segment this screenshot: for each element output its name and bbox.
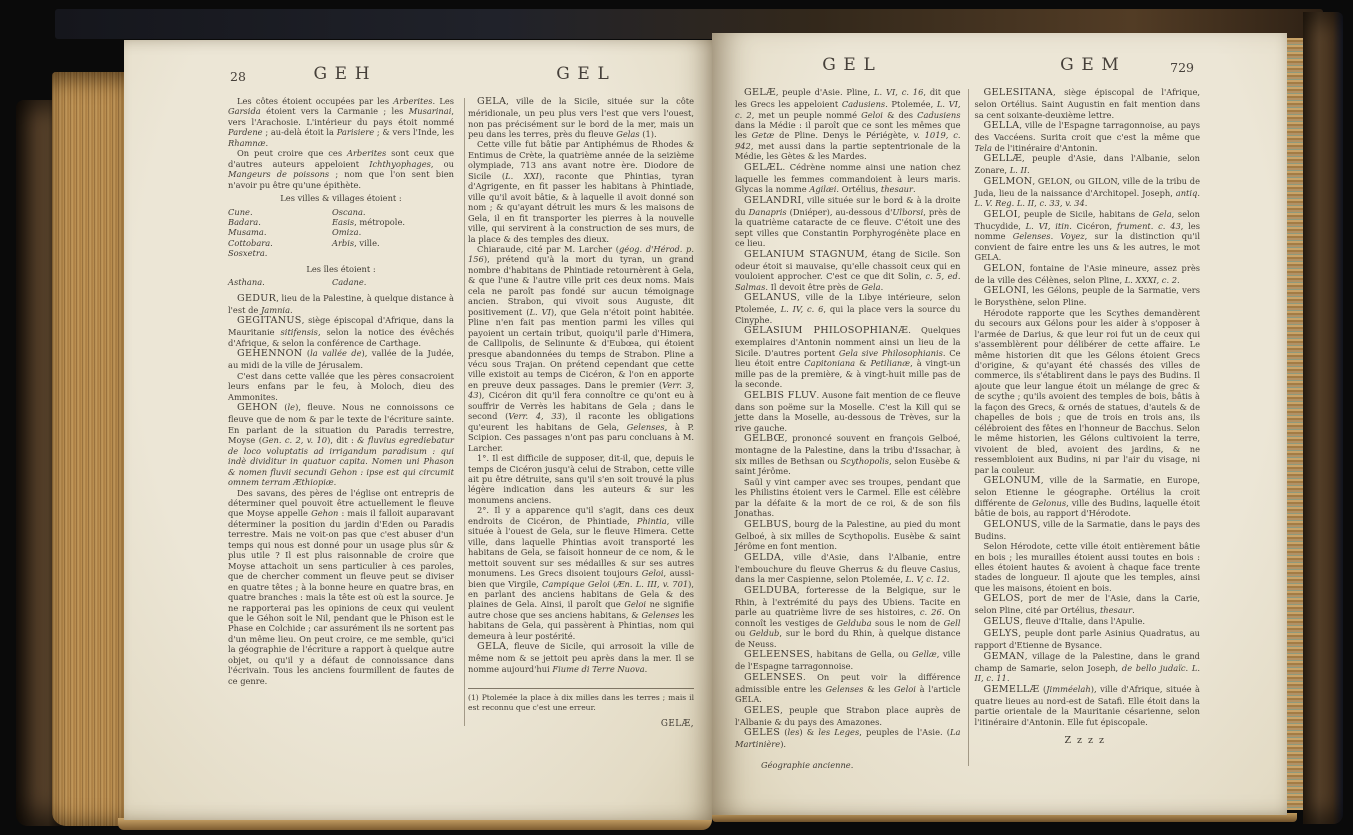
right-page: GEL GEM 729 GELÆ, peuple d'Asie. Pline, … bbox=[712, 33, 1287, 815]
entry-headword: GELUS bbox=[984, 616, 1021, 627]
entry-paragraph: GELLÆ, peuple d'Asie, dans l'Albanie, se… bbox=[975, 153, 1201, 176]
entry-paragraph: GELBŒ, prononcé souvent en françois Gelb… bbox=[735, 433, 961, 476]
entry-headword: GEMELLÆ bbox=[984, 684, 1040, 695]
entry-paragraph: GEMAN, village de la Palestine, dans le … bbox=[975, 651, 1201, 684]
right-leather-cover bbox=[1303, 12, 1343, 824]
entry-paragraph: GEHON (le), fleuve. Nous ne connoissons … bbox=[228, 402, 454, 487]
entry-paragraph: GELÆ, peuple d'Asie. Pline, L. VI, c. 16… bbox=[735, 87, 961, 162]
entry-headword: GELES bbox=[744, 727, 780, 738]
entry-paragraph: GELDUBA, forteresse de la Belgique, sur … bbox=[735, 585, 961, 649]
right-page-header: GEL GEM 729 bbox=[735, 55, 1200, 82]
right-page-column-1: GELÆ, peuple d'Asie. Pline, L. VI, c. 16… bbox=[735, 87, 961, 770]
entry-paragraph: Saül y vint camper avec ses troupes, pen… bbox=[735, 477, 961, 519]
entry-paragraph: On peut croire que ces Arberites sont ce… bbox=[228, 148, 454, 190]
entry-paragraph: GELENSES. On peut voir la différence adm… bbox=[735, 672, 961, 705]
right-page-edges-stack bbox=[1287, 38, 1303, 810]
name-list-row: Cune.Oscana. bbox=[228, 207, 454, 217]
column-rule bbox=[464, 98, 465, 726]
entry-headword: GELEENSES bbox=[744, 649, 810, 660]
entry-paragraph: GELEENSES, habitans de Gella, ou Gellæ, … bbox=[735, 649, 961, 672]
gathering-signature: Zzzz bbox=[975, 735, 1201, 747]
running-head-gem: GEM bbox=[976, 55, 1203, 75]
entry-headword: GELLA bbox=[984, 120, 1020, 131]
catchword: GELÆ, bbox=[468, 719, 694, 730]
entry-paragraph: GELONI, les Gélons, peuple de la Sarmati… bbox=[975, 285, 1201, 308]
entry-paragraph: Selon Hérodote, cette ville étoit entièr… bbox=[975, 541, 1201, 593]
entry-headword: GELONUS bbox=[984, 519, 1038, 530]
entry-headword: GELÆL bbox=[744, 162, 783, 173]
entry-paragraph: GELBIS FLUV. Ausone fait mention de ce f… bbox=[735, 390, 961, 433]
left-page-column-1: Les côtes étoient occupées par les Arber… bbox=[228, 96, 454, 730]
entry-headword: GELA bbox=[477, 96, 506, 107]
entry-paragraph: GELOI, peuple de Sicile, habitans de Gel… bbox=[975, 209, 1201, 263]
entry-headword: GEMAN bbox=[984, 651, 1025, 662]
entry-paragraph: GEMELLÆ (Jimméelah), ville d'Afrique, si… bbox=[975, 684, 1201, 727]
entry-paragraph: GELA, ville de la Sicile, située sur la … bbox=[468, 96, 694, 139]
entry-paragraph: GELONUS, ville de la Sarmatie, dans le p… bbox=[975, 519, 1201, 542]
entry-paragraph: C'est dans cette vallée que les pères co… bbox=[228, 371, 454, 402]
entry-paragraph: Hérodote rapporte que les Scythes demand… bbox=[975, 308, 1201, 475]
left-page-edges-stack bbox=[52, 72, 126, 826]
entry-headword: GELESITANA bbox=[984, 87, 1054, 98]
entry-paragraph: GELMON, GELON, ou GILON, ville de la tri… bbox=[975, 176, 1201, 209]
entry-headword: GELES bbox=[744, 705, 780, 716]
volume-signature: Géographie ancienne. bbox=[735, 760, 961, 770]
section-line: Les îles étoient : bbox=[228, 264, 454, 274]
entry-paragraph: GELESITANA, siège épiscopal de l'Afrique… bbox=[975, 87, 1201, 120]
left-page-header: 28 GEH GEL bbox=[228, 64, 700, 91]
right-page-column-2: GELESITANA, siège épiscopal de l'Afrique… bbox=[975, 87, 1201, 770]
entry-headword: GELOS bbox=[984, 593, 1021, 604]
left-page-column-2: GELA, ville de la Sicile, située sur la … bbox=[468, 96, 694, 730]
entry-headword: GELENSES bbox=[744, 672, 803, 683]
name-list: Cune.Oscana.Badara.Easis, métropole.Musa… bbox=[228, 207, 454, 259]
entry-paragraph: GELLA, ville de l'Espagne tarragonnoise,… bbox=[975, 120, 1201, 153]
entry-paragraph: GELDA, ville d'Asie, dans l'Albanie, ent… bbox=[735, 552, 961, 585]
entry-headword: GELLÆ bbox=[984, 153, 1023, 164]
left-page: 28 GEH GEL Les côtes étoient occupées pa… bbox=[124, 40, 712, 820]
entry-headword: GELON bbox=[984, 263, 1023, 274]
entry-headword: GELÆ bbox=[744, 87, 776, 98]
entry-paragraph: GELUS, fleuve d'Italie, dans l'Apulie. bbox=[975, 616, 1201, 628]
running-head-geh: GEH bbox=[228, 64, 455, 84]
name-list: Asthana.Cadane. bbox=[228, 277, 454, 287]
entry-paragraph: GELES (les) & les Leges, peuples de l'As… bbox=[735, 727, 961, 750]
entry-paragraph: GELOS, port de mer de l'Asie, dans la Ca… bbox=[975, 593, 1201, 616]
entry-headword: GEHENNON bbox=[237, 348, 303, 359]
entry-paragraph: Les côtes étoient occupées par les Arber… bbox=[228, 96, 454, 148]
entry-headword: GELBIS FLUV bbox=[744, 390, 817, 401]
entry-headword: GELBUS bbox=[744, 519, 789, 530]
entry-paragraph: GELON, fontaine de l'Asie mineure, assez… bbox=[975, 263, 1201, 286]
entry-headword: GELANUS bbox=[744, 292, 797, 303]
entry-headword: GELONUM bbox=[984, 475, 1041, 486]
section-line: Les villes & villages étoient : bbox=[228, 193, 454, 203]
running-head-gel: GEL bbox=[469, 64, 696, 84]
entry-headword: GEHON bbox=[237, 402, 278, 413]
entry-headword: GEGITANUS bbox=[237, 315, 302, 326]
entry-paragraph: GEGITANUS, siège épiscopal d'Afrique, da… bbox=[228, 315, 454, 348]
entry-headword: GELONI bbox=[984, 285, 1027, 296]
entry-headword: GELANDRI bbox=[744, 195, 801, 206]
entry-paragraph: GELONUM, ville de la Sarmatie, en Europe… bbox=[975, 475, 1201, 518]
name-list-row: Sosxetra. bbox=[228, 248, 454, 258]
entry-paragraph: GELANIUM STAGNUM, étang de Sicile. Son o… bbox=[735, 249, 961, 292]
entry-paragraph: GELÆL. Cédrène nomme ainsi une nation ch… bbox=[735, 162, 961, 195]
entry-paragraph: 2°. Il y a apparence qu'il s'agit, dans … bbox=[468, 505, 694, 641]
entry-paragraph: Des savans, des pères de l'église ont en… bbox=[228, 488, 454, 687]
footnote-rule bbox=[468, 688, 694, 689]
entry-headword: GELDUBA bbox=[744, 585, 797, 596]
entry-paragraph: GELANDRI, ville située sur le bord & à l… bbox=[735, 195, 961, 249]
entry-paragraph: GELES, peuple que Strabon place auprès d… bbox=[735, 705, 961, 728]
entry-headword: GELANIUM STAGNUM bbox=[744, 249, 865, 260]
entry-paragraph: GELASIUM PHILOSOPHIANÆ. Quelques exempla… bbox=[735, 325, 961, 389]
entry-headword: GELMON bbox=[984, 176, 1033, 187]
entry-paragraph: GEDUR, lieu de la Palestine, à quelque d… bbox=[228, 293, 454, 316]
page-number: 729 bbox=[1170, 60, 1194, 75]
entry-paragraph: Cette ville fut bâtie par Antiphémus de … bbox=[468, 139, 694, 244]
entry-paragraph: GELA, fleuve de Sicile, qui arrosoit la … bbox=[468, 641, 694, 674]
entry-paragraph: GELBUS, bourg de la Palestine, au pied d… bbox=[735, 519, 961, 552]
name-list-row: Badara.Easis, métropole. bbox=[228, 217, 454, 227]
entry-paragraph: GELANUS, ville de la Libye intérieure, s… bbox=[735, 292, 961, 325]
entry-paragraph: GELYS, peuple dont parle Asinius Quadrat… bbox=[975, 628, 1201, 651]
name-list-row: Asthana.Cadane. bbox=[228, 277, 454, 287]
entry-headword: GELASIUM PHILOSOPHIANÆ bbox=[744, 325, 908, 336]
entry-headword: GEDUR bbox=[237, 293, 276, 304]
column-rule bbox=[968, 89, 969, 766]
name-list-row: Musama.Omiza. bbox=[228, 227, 454, 237]
entry-paragraph: 1°. Il est difficile de supposer, dit-il… bbox=[468, 453, 694, 505]
footnote: (1) Ptolemée la place à dix milles dans … bbox=[468, 693, 694, 713]
entry-headword: GELDA bbox=[744, 552, 781, 563]
entry-paragraph: GEHENNON (la vallée de), vallée de la Ju… bbox=[228, 348, 454, 371]
entry-headword: GELBŒ bbox=[744, 433, 785, 444]
name-list-row: Cottobara.Arbis, ville. bbox=[228, 238, 454, 248]
entry-headword: GELA bbox=[477, 641, 506, 652]
running-head-gel: GEL bbox=[735, 55, 962, 75]
entry-headword: GELYS bbox=[984, 628, 1019, 639]
entry-paragraph: Chiaraude, cité par M. Larcher (géog. d'… bbox=[468, 244, 694, 453]
entry-headword: GELOI bbox=[984, 209, 1018, 220]
